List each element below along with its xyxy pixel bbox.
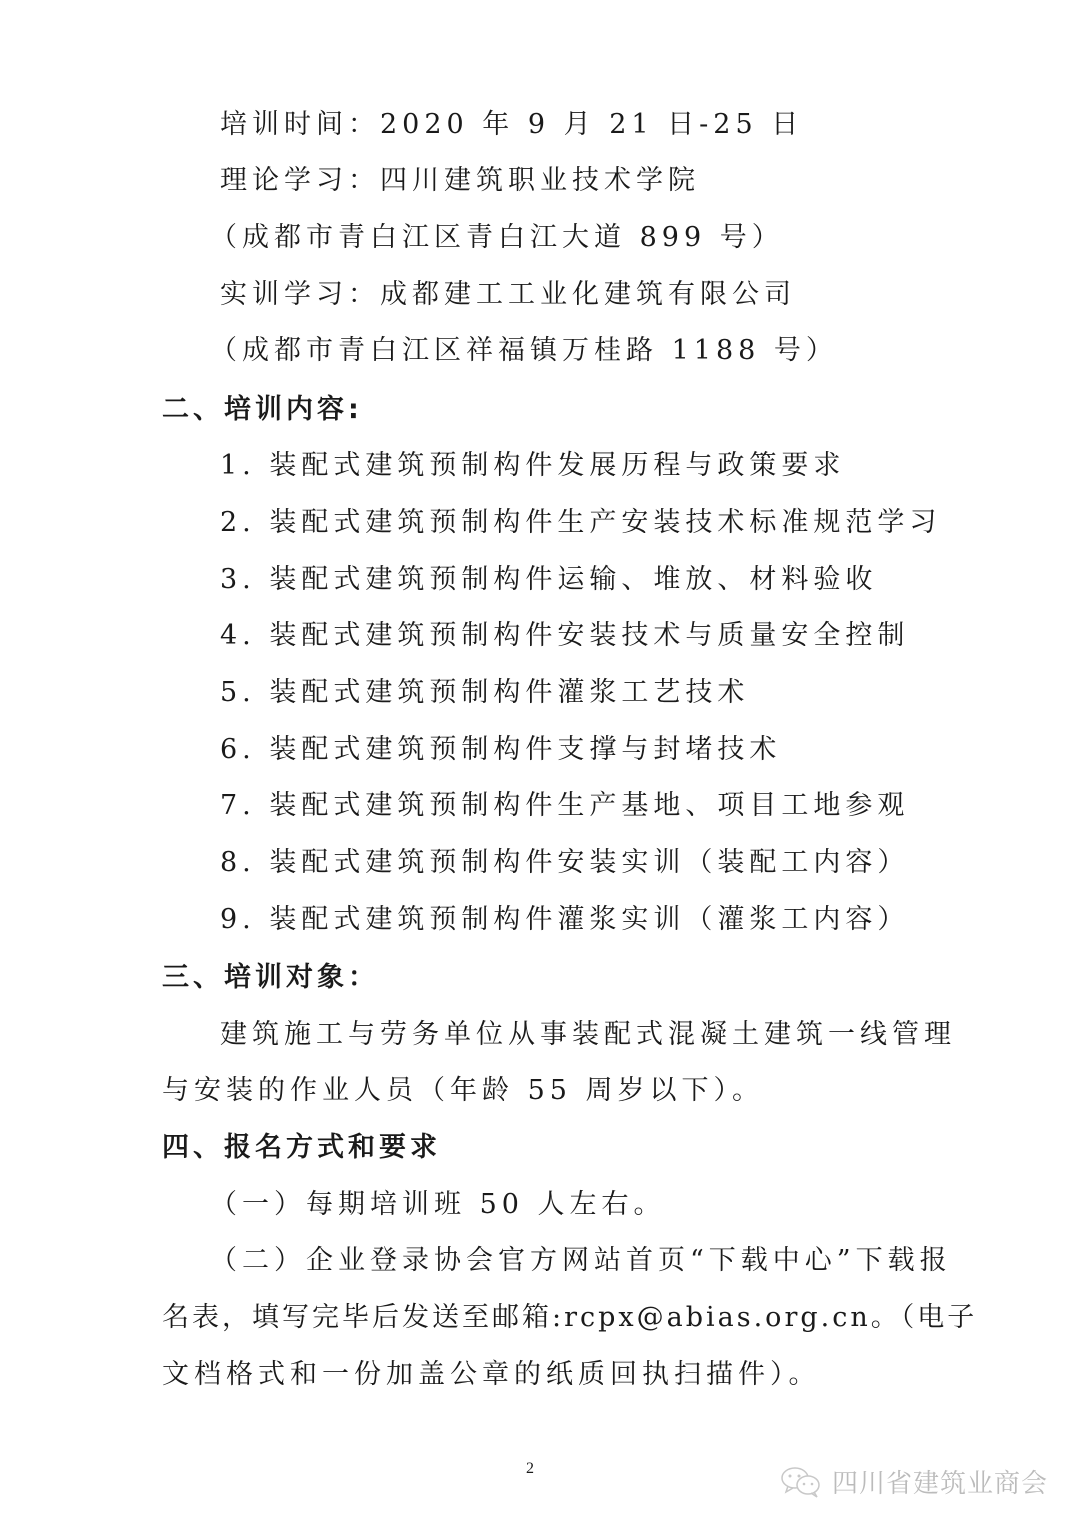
registration-item-1: （一）每期培训班 50 人左右。 xyxy=(210,1182,666,1221)
content-item: 9. 装配式建筑预制构件灌浆实训（灌浆工内容） xyxy=(220,897,909,936)
registration-item-2-line: 文档格式和一份加盖公章的纸质回执扫描件）。 xyxy=(162,1352,821,1391)
theory-study-location: 理论学习：四川建筑职业技术学院 xyxy=(220,158,700,197)
content-item: 3. 装配式建筑预制构件运输、堆放、材料验收 xyxy=(220,557,877,596)
section-heading-registration: 四、报名方式和要求 xyxy=(162,1125,441,1164)
practical-training-location: 实训学习：成都建工工业化建筑有限公司 xyxy=(220,272,796,311)
practical-training-address: （成都市青白江区祥福镇万桂路 1188 号） xyxy=(210,328,838,367)
registration-item-2-line: 名表，填写完毕后发送至邮箱:rcpx@abias.org.cn。（电子 xyxy=(162,1295,977,1334)
content-item: 8. 装配式建筑预制构件安装实训（装配工内容） xyxy=(220,840,909,879)
registration-item-2-line: （二）企业登录协会官方网站首页“下载中心”下载报 xyxy=(210,1238,952,1277)
target-paragraph-line: 与安装的作业人员（年龄 55 周岁以下）。 xyxy=(162,1068,764,1107)
content-item: 6. 装配式建筑预制构件支撑与封堵技术 xyxy=(220,727,781,766)
watermark: 四川省建筑业商会 xyxy=(780,1463,1048,1500)
content-item: 1. 装配式建筑预制构件发展历程与政策要求 xyxy=(220,443,845,482)
training-time: 培训时间：2020 年 9 月 21 日-25 日 xyxy=(220,102,803,141)
content-item: 2. 装配式建筑预制构件生产安装技术标准规范学习 xyxy=(220,500,941,539)
watermark-text: 四川省建筑业商会 xyxy=(832,1463,1048,1500)
content-item: 7. 装配式建筑预制构件生产基地、项目工地参观 xyxy=(220,783,909,822)
section-heading-training-target: 三、培训对象： xyxy=(162,955,379,994)
target-paragraph-line: 建筑施工与劳务单位从事装配式混凝土建筑一线管理 xyxy=(220,1012,956,1051)
page-number: 2 xyxy=(526,1460,534,1478)
content-item: 4. 装配式建筑预制构件安装技术与质量安全控制 xyxy=(220,613,909,652)
section-heading-training-content: 二、培训内容: xyxy=(162,387,363,426)
wechat-icon xyxy=(780,1465,824,1499)
content-item: 5. 装配式建筑预制构件灌浆工艺技术 xyxy=(220,670,749,709)
theory-study-address: （成都市青白江区青白江大道 899 号） xyxy=(210,215,784,254)
